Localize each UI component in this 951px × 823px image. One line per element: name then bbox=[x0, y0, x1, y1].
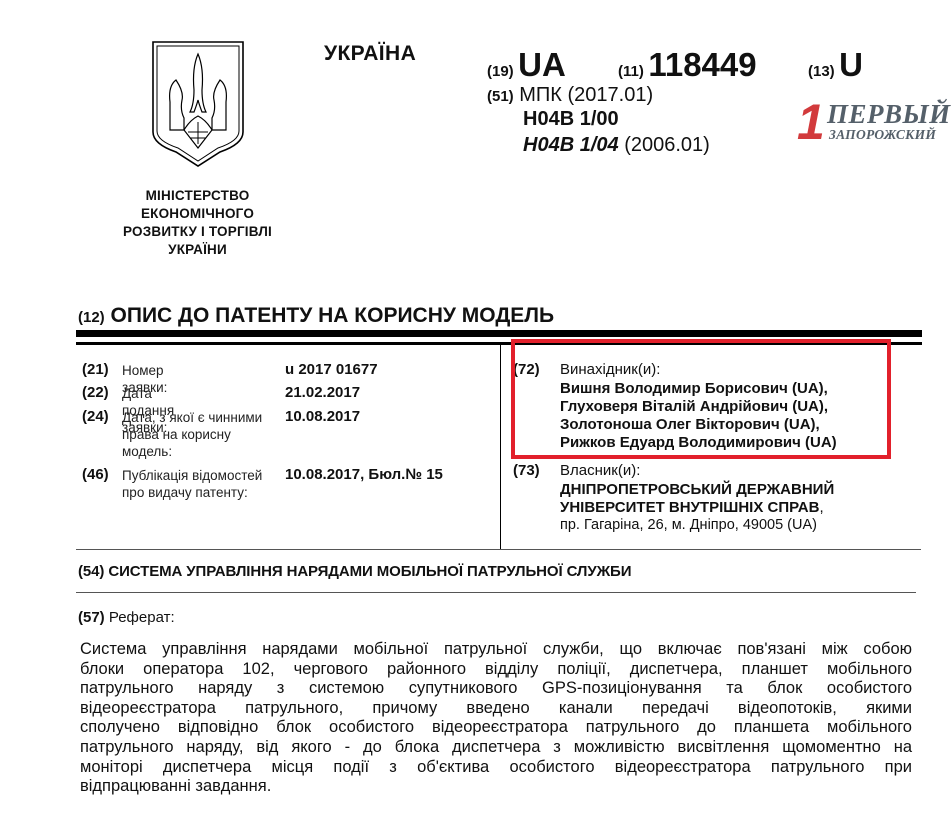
inid-code-13: (13) bbox=[808, 63, 835, 80]
document-title: (12) ОПИС ДО ПАТЕНТУ НА КОРИСНУ МОДЕЛЬ bbox=[78, 304, 554, 328]
owner-name-line: УНІВЕРСИТЕТ ВНУТРІШНІХ СПРАВ bbox=[560, 499, 819, 516]
abstract-text: Система управління нарядами мобільної па… bbox=[80, 640, 912, 797]
field-label: Дата, з якої є чинними права на корисну … bbox=[122, 409, 282, 460]
logo-line1: ПЕРВЫЙ bbox=[827, 100, 951, 128]
field-value: u 2017 01677 bbox=[285, 361, 378, 378]
inid-code-19: (19) bbox=[487, 63, 514, 80]
divider bbox=[76, 549, 921, 550]
ipc-label: МПК (2017.01) bbox=[519, 84, 653, 106]
abstract-line: патрульного наряду, від якого - до блока… bbox=[80, 738, 912, 758]
inid-code-11: (11) bbox=[618, 63, 644, 80]
abstract-line: відпрацюванні завдання. bbox=[80, 777, 912, 797]
abstract-line: моніторі диспетчера місця події з об'єкт… bbox=[80, 758, 912, 778]
ipc-secondary: H04B 1/04 (2006.01) bbox=[523, 134, 710, 157]
watermark-logo: 1 ПЕРВЫЙ ЗАПОРОЖСКИЙ bbox=[797, 100, 947, 150]
abstract-line: патрульного наряду з системою супутников… bbox=[80, 679, 912, 699]
logo-digit: 1 bbox=[797, 97, 825, 147]
ipc-main: H04B 1/00 bbox=[523, 108, 619, 131]
ipc-secondary-version: (2006.01) bbox=[624, 134, 710, 156]
owner-label: Власник(и): bbox=[560, 462, 640, 479]
inid-code-73: (73) bbox=[513, 462, 540, 479]
field-value: 10.08.2017, Бюл.№ 15 bbox=[285, 466, 443, 483]
ipc-secondary-code: H04B 1/04 bbox=[523, 134, 619, 156]
field-label: Публікація відомостей про видачу патенту… bbox=[122, 467, 282, 501]
ministry-line: УКРАЇНИ bbox=[110, 241, 285, 259]
inventors-highlight-box bbox=[511, 339, 891, 459]
abstract-line: сполучено відповідно блок особистого від… bbox=[80, 718, 912, 738]
country-name: УКРАЇНА bbox=[324, 42, 416, 66]
abstract-label: Реферат: bbox=[109, 609, 175, 626]
inid-code-54: (54) bbox=[78, 563, 104, 580]
inid-code-51: (51) bbox=[487, 88, 514, 105]
document-title-text: ОПИС ДО ПАТЕНТУ НА КОРИСНУ МОДЕЛЬ bbox=[111, 304, 555, 327]
inid-code-22: (22) bbox=[82, 384, 109, 401]
field-value: 10.08.2017 bbox=[285, 408, 360, 425]
patent-number: 118449 bbox=[648, 46, 756, 83]
invention-title-text: СИСТЕМА УПРАВЛІННЯ НАРЯДАМИ МОБІЛЬНОЇ ПА… bbox=[108, 563, 631, 580]
abstract-heading: (57) Реферат: bbox=[78, 609, 175, 626]
logo-line2: ЗАПОРОЖСКИЙ bbox=[829, 127, 936, 143]
coat-of-arms-icon bbox=[150, 40, 246, 168]
ministry-line: РОЗВИТКУ І ТОРГІВЛІ bbox=[110, 223, 285, 241]
ministry-line: ЕКОНОМІЧНОГО bbox=[110, 205, 285, 223]
inid-code-46: (46) bbox=[82, 466, 109, 483]
divider bbox=[76, 592, 916, 593]
field-value: 21.02.2017 bbox=[285, 384, 360, 401]
owner-address: пр. Гагаріна, 26, м. Дніпро, 49005 (UA) bbox=[560, 517, 817, 533]
inid-code-57: (57) bbox=[78, 609, 105, 626]
ministry-line: МІНІСТЕРСТВО bbox=[110, 187, 285, 205]
divider-thick bbox=[76, 330, 922, 337]
invention-title: (54) СИСТЕМА УПРАВЛІННЯ НАРЯДАМИ МОБІЛЬН… bbox=[78, 563, 631, 580]
ipc-classification: (51) МПК (2017.01) bbox=[487, 83, 653, 109]
inid-code-12: (12) bbox=[78, 309, 105, 326]
abstract-line: Система управління нарядами мобільної па… bbox=[80, 640, 912, 660]
column-divider bbox=[500, 345, 501, 549]
abstract-line: блоки оператора 102, чергового районного… bbox=[80, 660, 912, 680]
abstract-line: відеореєстратора патрульного, причому вв… bbox=[80, 699, 912, 719]
inid-code-21: (21) bbox=[82, 361, 109, 378]
inid-code-24: (24) bbox=[82, 408, 109, 425]
owner-name-line: ДНІПРОПЕТРОВСЬКИЙ ДЕРЖАВНИЙ bbox=[560, 481, 834, 499]
document-kind: U bbox=[839, 46, 863, 83]
ministry-name: МІНІСТЕРСТВО ЕКОНОМІЧНОГО РОЗВИТКУ І ТОР… bbox=[110, 187, 285, 259]
owner-name: ДНІПРОПЕТРОВСЬКИЙ ДЕРЖАВНИЙ УНІВЕРСИТЕТ … bbox=[560, 481, 834, 517]
country-code: UA bbox=[518, 46, 566, 83]
